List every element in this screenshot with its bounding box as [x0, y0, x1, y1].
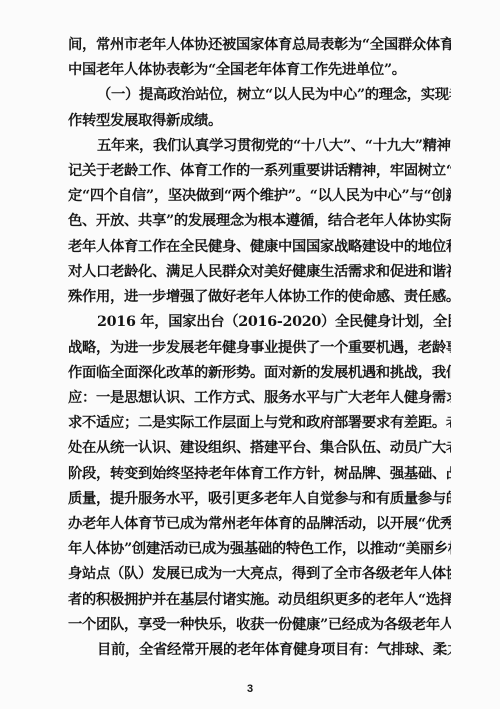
text-line: 办老年人体育节已成为常州老年体育的品牌活动，以开展“优秀示范（街镇）老	[68, 514, 451, 534]
text-line: 2016 年，国家出台（2016-2020）全民健身计划，全民健身上升为国家	[97, 312, 451, 332]
text-line: 五年来，我们认真学习贯彻党的“十八大”、“十九大”精神和习近平总书	[97, 136, 451, 156]
text-line: 身站点（队）发展已成为一大亮点，得到了全市各级老年人体协和老年体育工作	[68, 564, 451, 584]
text-line: 求不适应；二是实际工作层面上与党和政府部署要求有差距。老年人体协工作正	[68, 413, 451, 433]
text-line: 应：一是思想认识、工作方式、服务水平与广大老年人健身需求及新时代发展要	[68, 388, 451, 408]
section-heading-line: 作转型发展取得新成绩。	[68, 111, 451, 131]
text-line: 阶段，转变到始终坚持老年体育工作方针，树品牌、强基础、凸亮点、提高工作	[68, 464, 451, 484]
text-line: 对人口老龄化、满足人民群众对美好健康生活需求和促进和谐社会建设方面的特	[68, 262, 451, 282]
text-line: 者的积极拥护并在基层付诸实施。动员组织更多的老年人“选择一项活动，加入	[68, 590, 451, 610]
text-line: 目前，全省经常开展的老年体育健身项目有：气排球、柔力球、柔乐球、	[97, 640, 451, 660]
text-line: 处在从统一认识、建设组织、搭建平台、集合队伍、动员广大老年人参与为主的	[68, 438, 451, 458]
text-line: 中国老年人体协表彰为“全国老年体育工作先进单位”。	[68, 60, 451, 80]
text-line: 殊作用，进一步增强了做好老年人体协工作的使命感、责任感。	[68, 287, 451, 307]
text-line: 老年人体育工作在全民健身、健康中国国家战略建设中的地位和作用，在积极应	[68, 237, 451, 257]
text-line: 作面临全面深化改革的新形势。面对新的发展机遇和挑战，我们明显有两个不适	[68, 363, 451, 383]
document-page: 间，常州市老年人体协还被国家体育总局表彰为“全国群众体育先进单位”；被 中国老年…	[0, 0, 500, 709]
section-heading-line: （一）提高政治站位，树立“以人民为中心”的理念，实现老年人体协工	[97, 85, 451, 105]
page-number: 3	[0, 683, 500, 695]
text-line: 年人体协”创建活动已成为强基础的特色工作，以推动“美丽乡村”老年体育健	[68, 539, 451, 559]
text-line: 定“四个自信”，坚决做到“两个维护”。“以人民为中心”与“创新、协调、绿	[68, 186, 451, 206]
text-line: 间，常州市老年人体协还被国家体育总局表彰为“全国群众体育先进单位”；被	[68, 35, 451, 55]
text-line: 记关于老龄工作、体育工作的一系列重要讲话精神，牢固树立“四个意识”，坚	[68, 161, 451, 181]
text-line: 色、开放、共享”的发展理念为根本遵循，结合老年人体协实际工作，深刻认识	[68, 211, 451, 231]
text-line: 一个团队，享受一种快乐，收获一份健康”已经成为各级老年人体协的工作重心。	[68, 615, 451, 635]
text-line: 质量，提升服务水平，吸引更多老年人自觉参与和有质量参与的阶段。以每年举	[68, 489, 451, 509]
text-line: 战略，为进一步发展老年健身事业提供了一个重要机遇，老龄事业和老年体育工	[68, 338, 451, 358]
